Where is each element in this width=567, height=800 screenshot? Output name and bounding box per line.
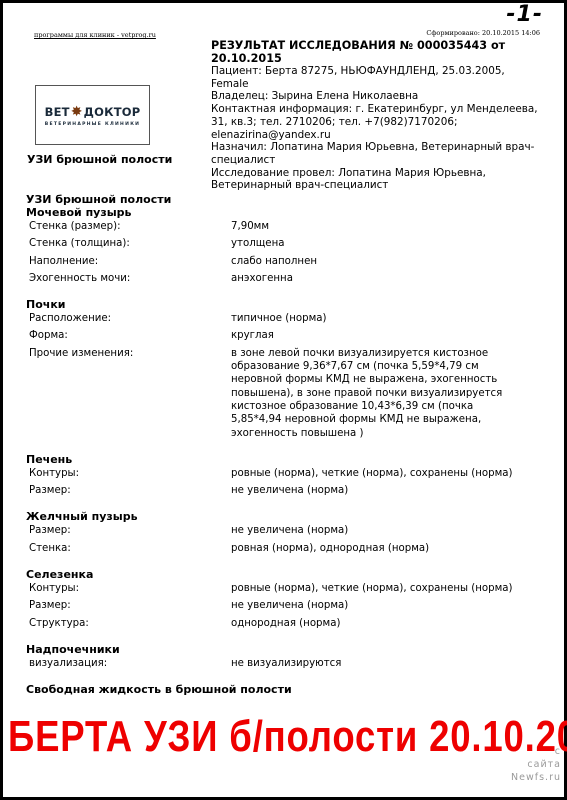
watermark-line1: с xyxy=(511,745,561,758)
report-section: Надпочечникивизуализация:не визуализирую… xyxy=(26,643,546,670)
result-label: Контуры: xyxy=(26,582,231,595)
result-value: ровные (норма), четкие (норма), сохранен… xyxy=(231,582,521,595)
logo-brand-left: ВЕТ xyxy=(45,105,70,119)
result-label: Стенка: xyxy=(26,542,231,555)
report-title: РЕЗУЛЬТАТ ИССЛЕДОВАНИЯ № 000035443 от 20… xyxy=(211,40,541,65)
result-value: 7,90мм xyxy=(231,220,521,233)
report-header: РЕЗУЛЬТАТ ИССЛЕДОВАНИЯ № 000035443 от 20… xyxy=(211,40,541,192)
red-stamp-caption: БЕРТА УЗИ б/полости 20.10.2015 xyxy=(8,712,567,762)
watermark-line2: сайта xyxy=(511,758,561,771)
result-row: Размер:не увеличена (норма) xyxy=(26,484,546,497)
result-value: слабо наполнен xyxy=(231,255,521,268)
performed-by: Исследование провел: Лопатина Мария Юрье… xyxy=(211,167,541,192)
report-section: ПочкиРасположение:типичное (норма)Форма:… xyxy=(26,298,546,440)
result-row: Размер:не увеличена (норма) xyxy=(26,599,546,612)
result-value: анэхогенна xyxy=(231,272,521,285)
study-type-title: УЗИ брюшной полости xyxy=(27,153,172,166)
section-title: Селезенка xyxy=(26,568,546,582)
report-section: Мочевой пузырьСтенка (размер):7,90ммСтен… xyxy=(26,206,546,285)
section-title: Желчный пузырь xyxy=(26,510,546,524)
logo-wordmark: ВЕТ ✸ ДОКТОР xyxy=(45,104,141,120)
result-value: в зоне левой почки визуализируется кисто… xyxy=(231,347,521,440)
dog-star-icon: ✸ xyxy=(71,104,83,120)
result-label: Структура: xyxy=(26,617,231,630)
patient-info: Пациент: Берта 87275, НЬЮФАУНДЛЕНД, 25.0… xyxy=(211,65,541,90)
report-section: Желчный пузырьРазмер:не увеличена (норма… xyxy=(26,510,546,555)
result-value: ровная (норма), однородная (норма) xyxy=(231,542,521,555)
result-value: типичное (норма) xyxy=(231,312,521,325)
result-value: круглая xyxy=(231,329,521,342)
report-section: ПеченьКонтуры:ровные (норма), четкие (но… xyxy=(26,453,546,498)
result-value: однородная (норма) xyxy=(231,617,521,630)
result-label: Размер: xyxy=(26,524,231,537)
report-title-line1: РЕЗУЛЬТАТ ИССЛЕДОВАНИЯ № 000035443 от xyxy=(211,39,505,52)
result-value: ровные (норма), четкие (норма), сохранен… xyxy=(231,467,521,480)
result-row: Контуры:ровные (норма), четкие (норма), … xyxy=(26,582,546,595)
result-label: Стенка (толщина): xyxy=(26,237,231,250)
result-value: не увеличена (норма) xyxy=(231,524,521,537)
result-value: утолщена xyxy=(231,237,521,250)
result-row: Прочие изменения:в зоне левой почки визу… xyxy=(26,347,546,440)
result-label: Форма: xyxy=(26,329,231,342)
report-sections: Мочевой пузырьСтенка (размер):7,90ммСтен… xyxy=(26,206,546,697)
contact-info: Контактная информация: г. Екатеринбург, … xyxy=(211,103,541,141)
report-body: УЗИ брюшной полости Мочевой пузырьСтенка… xyxy=(26,193,546,710)
owner-info: Владелец: Зырина Елена Николаевна xyxy=(211,90,541,103)
section-title: Мочевой пузырь xyxy=(26,206,546,220)
generated-timestamp: Сформировано: 20.10.2015 14:06 xyxy=(426,29,540,37)
assigned-by: Назначил: Лопатина Мария Юрьевна, Ветери… xyxy=(211,141,541,166)
result-label: Размер: xyxy=(26,484,231,497)
result-row: Наполнение:слабо наполнен xyxy=(26,255,546,268)
result-label: Контуры: xyxy=(26,467,231,480)
result-label: Прочие изменения: xyxy=(26,347,231,440)
result-value: не визуализируются xyxy=(231,657,521,670)
section-title: Почки xyxy=(26,298,546,312)
result-label: визуализация: xyxy=(26,657,231,670)
result-value: не увеличена (норма) xyxy=(231,484,521,497)
result-value: не увеличена (норма) xyxy=(231,599,521,612)
logo-tagline: ВЕТЕРИНАРНЫЕ КЛИНИКИ xyxy=(45,122,141,127)
report-body-title: УЗИ брюшной полости xyxy=(26,193,546,206)
result-label: Наполнение: xyxy=(26,255,231,268)
source-watermark: с сайта Newfs.ru xyxy=(511,745,561,784)
result-label: Расположение: xyxy=(26,312,231,325)
report-title-line2: 20.10.2015 xyxy=(211,52,282,65)
result-label: Размер: xyxy=(26,599,231,612)
result-label: Эхогенность мочи: xyxy=(26,272,231,285)
report-section: Свободная жидкость в брюшной полости xyxy=(26,683,546,697)
result-row: Стенка:ровная (норма), однородная (норма… xyxy=(26,542,546,555)
report-section: СелезенкаКонтуры:ровные (норма), четкие … xyxy=(26,568,546,630)
result-row: Структура:однородная (норма) xyxy=(26,617,546,630)
watermark-line3: Newfs.ru xyxy=(511,771,561,784)
result-row: Расположение:типичное (норма) xyxy=(26,312,546,325)
section-title: Свободная жидкость в брюшной полости xyxy=(26,683,546,697)
result-label: Стенка (размер): xyxy=(26,220,231,233)
result-row: Стенка (размер):7,90мм xyxy=(26,220,546,233)
programs-link[interactable]: программы для клиник - vetprog.ru xyxy=(34,31,156,39)
section-title: Печень xyxy=(26,453,546,467)
clinic-logo: ВЕТ ✸ ДОКТОР ВЕТЕРИНАРНЫЕ КЛИНИКИ xyxy=(35,85,150,145)
result-row: Стенка (толщина):утолщена xyxy=(26,237,546,250)
result-row: Форма:круглая xyxy=(26,329,546,342)
result-row: Эхогенность мочи:анэхогенна xyxy=(26,272,546,285)
page-number: -1- xyxy=(506,2,543,27)
result-row: Размер:не увеличена (норма) xyxy=(26,524,546,537)
logo-brand-right: ДОКТОР xyxy=(84,105,141,119)
section-title: Надпочечники xyxy=(26,643,546,657)
result-row: визуализация:не визуализируются xyxy=(26,657,546,670)
result-row: Контуры:ровные (норма), четкие (норма), … xyxy=(26,467,546,480)
